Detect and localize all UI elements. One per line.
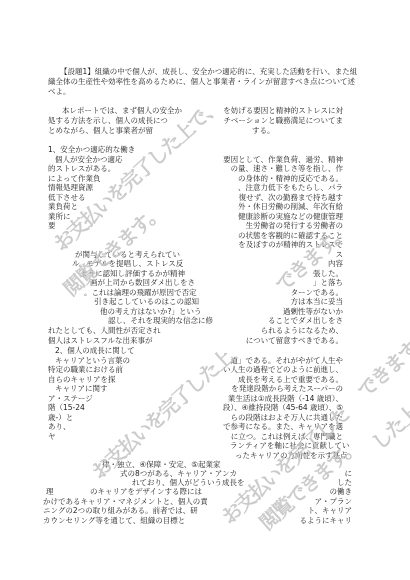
text-fragment: 歳-）と <box>48 413 73 422</box>
text-fragment: ト、キャリア <box>308 506 352 515</box>
text-fragment: あり、 <box>48 422 71 431</box>
text-fragment: かけであるキャリア・マネジメントと、個人の責 <box>43 497 208 506</box>
text-fragment: れたとしても、人間性が否定され <box>48 326 161 335</box>
text-fragment: に <box>345 469 353 478</box>
text-fragment: した <box>337 478 352 487</box>
text-fragment: のキャリアをデザインする際には <box>90 487 202 496</box>
text-fragment: について留意すべきである。 <box>246 336 343 345</box>
text-fragment: キャリアという言葉の <box>55 356 130 365</box>
text-fragment: 個人はストレスフルな出来事が <box>48 336 152 345</box>
text-fragment: 式の8つがある、キャリア・アンカ <box>120 469 237 478</box>
text-fragment: 業所に <box>48 212 71 221</box>
text-fragment: キャリアに関す <box>55 384 108 393</box>
text-fragment: 生労働省の発行する労働者の <box>246 221 344 230</box>
text-fragment: ターンである。 <box>291 288 343 297</box>
text-fragment: 1、安全かつ適応的な働き <box>48 145 135 154</box>
text-fragment: 道」である。それがやがて人生や <box>231 356 344 365</box>
text-fragment: の働き <box>330 487 353 496</box>
text-fragment: 本レポートでは、まず個人の安全か <box>62 106 182 115</box>
text-fragment: カウンセリング等を通じて、組織の目標と <box>43 516 185 525</box>
text-fragment: 要因として、作業負荷、過労、精神 <box>223 155 343 164</box>
text-fragment: 的ストレスがある。 <box>48 164 115 173</box>
text-fragment: 処する方法を示し、個人の成長につ <box>48 116 168 125</box>
text-fragment: 認し、それを現実的な信念に修 <box>108 316 213 325</box>
text-fragment: い人生の過程でどのように前進し、 <box>223 365 343 374</box>
text-fragment: 情報処理資源 <box>48 183 93 192</box>
text-fragment: に立つ。これは例えば、専門職と <box>231 432 343 441</box>
text-fragment: によって作業負 <box>48 174 101 183</box>
text-fragment: 引き起こしているのはこの認知 <box>94 297 199 306</box>
text-fragment: が関与していると考えられてい <box>75 250 180 259</box>
text-fragment: ス <box>336 250 344 259</box>
text-fragment: 要 <box>48 221 56 230</box>
text-fragment: ヤ <box>48 432 56 441</box>
text-fragment: べよ。 <box>48 87 71 96</box>
document-page: 【設題1】組織の中で個人が、成長し、安全かつ適応的に、充実した活動を行い、また組… <box>0 0 410 580</box>
text-fragment: ル。モデルを提唱し、ストレス反 <box>72 259 183 268</box>
payment-watermark-text: できます。 <box>350 323 410 404</box>
text-fragment: 画が上司から数回ダメ出しをさ <box>90 278 195 287</box>
text-fragment: 理 <box>46 487 54 496</box>
text-fragment: ア・ステージ <box>48 394 93 403</box>
text-fragment: 個人が安全かつ適応 <box>55 155 123 164</box>
text-fragment: 段）、④維持段階（45-64 歳頃）、⑤ <box>223 403 343 412</box>
text-fragment: 張した。 <box>313 269 343 278</box>
text-fragment: 健康診断の実施などの健康管理 <box>238 212 343 221</box>
text-fragment: を妨げる要因と精神的ストレスに対 <box>223 106 343 115</box>
text-fragment: 特定の職業における前 <box>48 365 123 374</box>
text-fragment: ア・プラン <box>315 497 353 506</box>
text-fragment: 低下させる <box>48 193 86 202</box>
text-fragment: 2、個人の成長に関して <box>55 346 135 355</box>
text-fragment: 、注意力低下をもたらし、パラ <box>238 183 343 192</box>
text-fragment: 成長を考える上で重要である。 <box>238 375 343 384</box>
payment-watermark-text: した上で、 <box>364 374 410 456</box>
text-fragment: 業生活は①成長段階（-14 歳頃）、 <box>228 394 343 403</box>
text-fragment: の状態を客観的に確認すること <box>238 231 343 240</box>
text-fragment: 」と落ち <box>313 278 343 287</box>
text-fragment: るようにキャリ <box>300 516 353 525</box>
text-fragment: を及ぼすのが精神的ストレスで <box>238 240 343 249</box>
text-fragment: 業負荷と <box>48 202 78 211</box>
text-fragment: 階（15-24 <box>48 403 85 412</box>
text-fragment: 【設題1】組織の中で個人が、成長し、安全かつ適応的に、充実した活動を行い、また組 <box>60 67 357 76</box>
text-fragment: 内容 <box>328 259 343 268</box>
text-fragment: れており、個人がどういう成長を <box>132 478 245 487</box>
text-fragment: ることでダメ出しをさ <box>268 316 343 325</box>
text-fragment: 復せず、次の勤務まで持ち越す <box>239 193 343 202</box>
text-fragment: で参考になる。また、キャリアを選 <box>223 422 343 431</box>
text-fragment: を発達段階から考えたスーパーの <box>231 384 343 393</box>
text-fragment: 外・休日労働の削減、年次有給 <box>238 202 343 211</box>
text-fragment: 織全体の生産性や効率性を高めるために、個人と事業者・ラインが留意すべき点について… <box>48 77 355 86</box>
text-fragment: らの段階はおよそ万人に共通した <box>231 413 344 422</box>
text-fragment: ランティアを軸に社会に貢献してい <box>230 441 349 450</box>
text-fragment: ように認知し評価するかが精神 <box>80 269 185 278</box>
text-fragment: 。これは論理の飛躍が原因で否定 <box>84 288 197 297</box>
text-fragment: 過剰性等がないか <box>283 307 343 316</box>
text-fragment: の身体的・精神的反応である。 <box>238 174 343 183</box>
text-fragment: 自らのキャリアを探 <box>48 375 116 384</box>
text-fragment: ニングの2つの取り組みがある。前者では、研 <box>43 506 198 515</box>
text-fragment: とめながら、個人と事業者が留 <box>48 126 153 135</box>
text-fragment: 方は本当に妥当 <box>291 297 344 306</box>
text-fragment: 他の考え方はないか?」という <box>100 307 201 316</box>
text-fragment: チベーションと職務満足についてま <box>223 116 343 125</box>
text-fragment: ったキャリアの方向性を示す基点 <box>235 451 348 460</box>
text-fragment: られるようになるため、 <box>261 326 343 335</box>
text-fragment: 律・独立、④保障・安定、⑤起業家 <box>102 460 220 469</box>
text-fragment: の量、速さ・難しさ等を指し、作 <box>231 164 344 173</box>
text-fragment: する。 <box>252 126 275 135</box>
